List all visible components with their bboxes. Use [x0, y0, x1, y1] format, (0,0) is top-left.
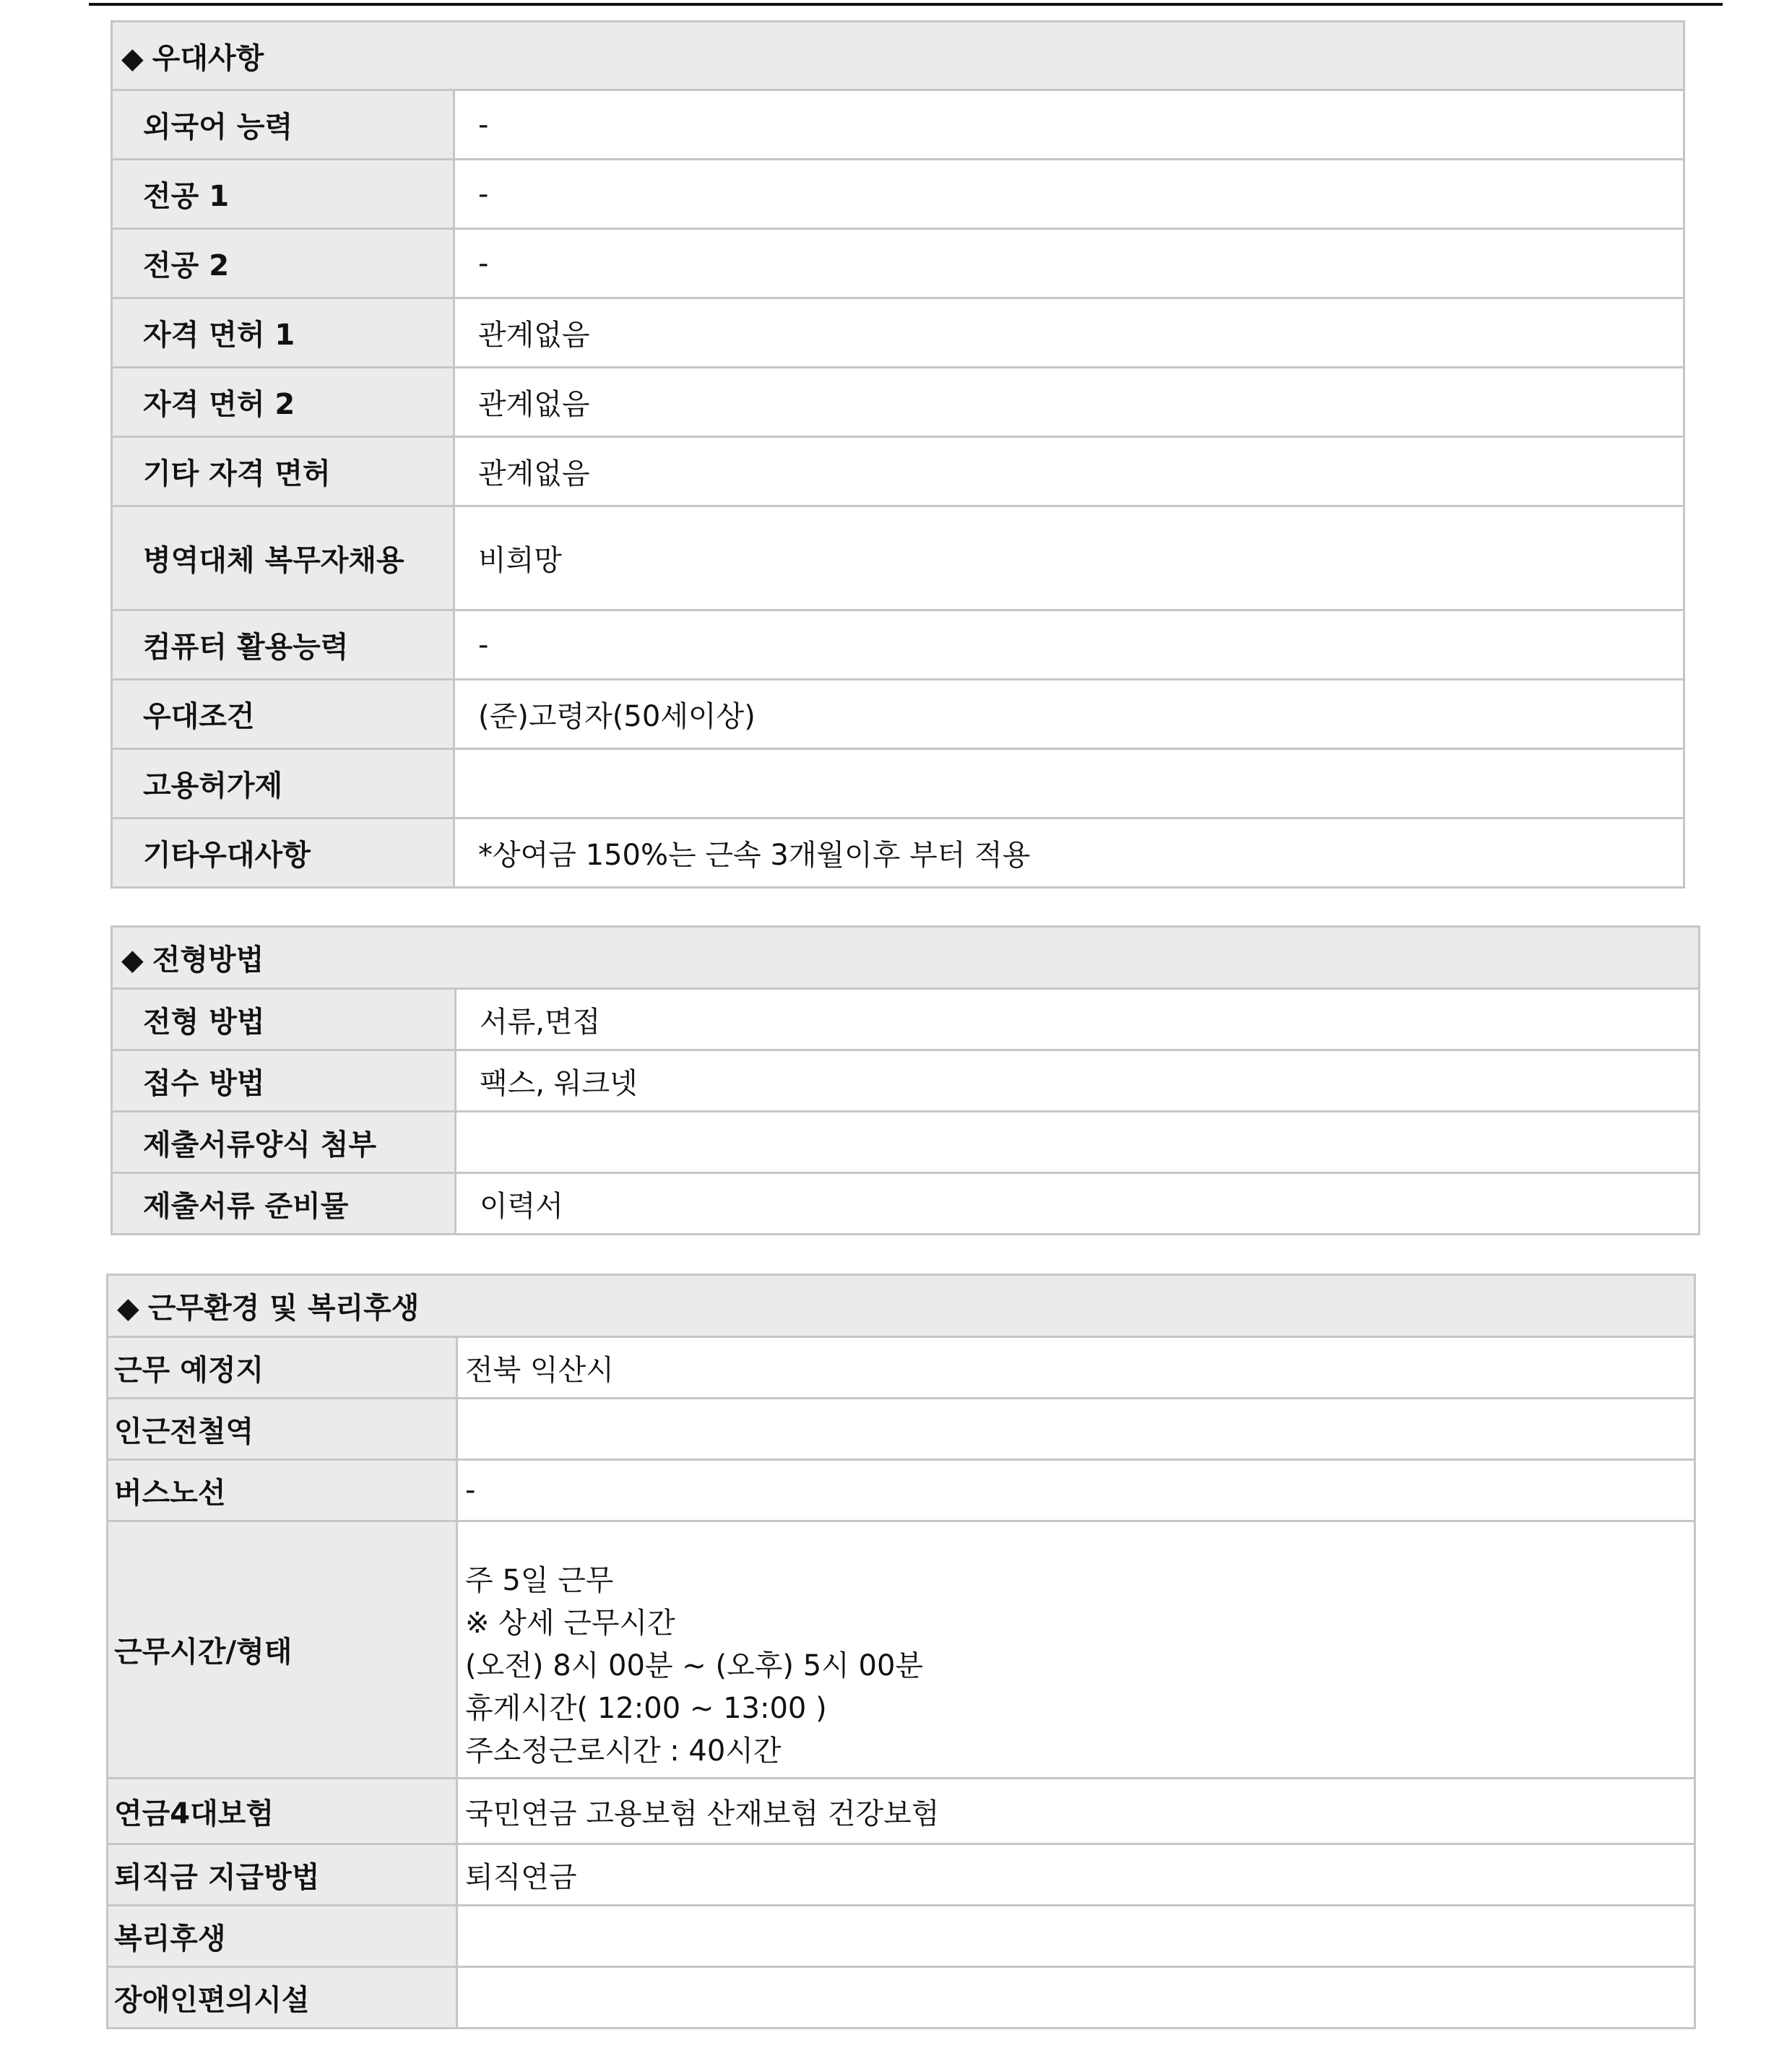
- row-value: 서류,면접: [456, 989, 1700, 1050]
- selection-method-table: ◆전형방법 전형 방법서류,면접 접수 방법팩스, 워크넷 제출서류양식 첨부 …: [111, 925, 1700, 1235]
- row-label: 장애인편의시설: [108, 1967, 457, 2028]
- row-label: 인근전철역: [108, 1399, 457, 1460]
- row-label: 근무 예정지: [108, 1337, 457, 1399]
- row-value-work-hours: 주 5일 근무 ※ 상세 근무시간 (오전) 8시 00분 ~ (오후) 5시 …: [457, 1521, 1695, 1779]
- diamond-icon: ◆: [117, 1292, 139, 1325]
- row-value: -: [457, 1460, 1695, 1521]
- row-value: (준)고령자(50세이상): [454, 680, 1684, 749]
- work-hours-line: 휴게시간( 12:00 ~ 13:00 ): [465, 1688, 1694, 1730]
- row-value: -: [454, 160, 1684, 229]
- row-label: 근무시간/형태: [108, 1521, 457, 1779]
- work-hours-line: ※ 상세 근무시간: [465, 1602, 1694, 1645]
- row-value: [454, 749, 1684, 818]
- row-label: 우대조건: [112, 680, 454, 749]
- row-label: 연금4대보험: [108, 1779, 457, 1844]
- row-value: [457, 1967, 1695, 2028]
- row-label: 외국어 능력: [112, 90, 454, 160]
- row-value: 팩스, 워크넷: [456, 1050, 1700, 1112]
- row-value: 국민연금 고용보험 산재보험 건강보험: [457, 1779, 1695, 1844]
- row-value: [456, 1112, 1700, 1173]
- section-header: ◆우대사항: [112, 22, 1684, 90]
- row-value: -: [454, 229, 1684, 298]
- row-value: 관계없음: [454, 298, 1684, 368]
- row-label: 자격 면허 2: [112, 368, 454, 437]
- top-rule: [89, 3, 1723, 6]
- diamond-icon: ◆: [121, 943, 144, 977]
- row-value: [457, 1906, 1695, 1967]
- row-value: *상여금 150%는 근속 3개월이후 부터 적용: [454, 818, 1684, 888]
- work-hours-line: 주소정근로시간 : 40시간: [465, 1730, 1694, 1773]
- row-label: 고용허가제: [112, 749, 454, 818]
- row-label: 버스노선: [108, 1460, 457, 1521]
- section-header: ◆전형방법: [112, 927, 1700, 989]
- row-value: [457, 1399, 1695, 1460]
- diamond-icon: ◆: [121, 42, 144, 75]
- work-hours-line: (오전) 8시 00분 ~ (오후) 5시 00분: [465, 1645, 1694, 1688]
- work-environment-table: ◆근무환경 및 복리후생 근무 예정지전북 익산시 인근전철역 버스노선- 근무…: [106, 1274, 1696, 2029]
- section-title: 근무환경 및 복리후생: [148, 1292, 420, 1325]
- row-value: 관계없음: [454, 437, 1684, 506]
- preferences-table: ◆우대사항 외국어 능력- 전공 1- 전공 2- 자격 면허 1관계없음 자격…: [111, 20, 1685, 889]
- section-title: 전형방법: [152, 943, 264, 977]
- row-value: 관계없음: [454, 368, 1684, 437]
- row-value: 이력서: [456, 1173, 1700, 1235]
- row-label: 복리후생: [108, 1906, 457, 1967]
- section-header: ◆근무환경 및 복리후생: [108, 1275, 1695, 1337]
- row-label: 퇴직금 지급방법: [108, 1844, 457, 1906]
- row-value: -: [454, 610, 1684, 680]
- row-value: 비희망: [454, 506, 1684, 610]
- row-value: 전북 익산시: [457, 1337, 1695, 1399]
- row-label: 제출서류양식 첨부: [112, 1112, 456, 1173]
- row-label: 자격 면허 1: [112, 298, 454, 368]
- work-hours-line: 주 5일 근무: [465, 1560, 1694, 1602]
- row-label: 전공 2: [112, 229, 454, 298]
- row-label: 기타우대사항: [112, 818, 454, 888]
- row-value: 퇴직연금: [457, 1844, 1695, 1906]
- section-title: 우대사항: [152, 42, 264, 75]
- row-value: -: [454, 90, 1684, 160]
- row-label: 컴퓨터 활용능력: [112, 610, 454, 680]
- row-label: 병역대체 복무자채용: [112, 506, 454, 610]
- row-label: 기타 자격 면허: [112, 437, 454, 506]
- row-label: 제출서류 준비물: [112, 1173, 456, 1235]
- row-label: 전형 방법: [112, 989, 456, 1050]
- row-label: 접수 방법: [112, 1050, 456, 1112]
- row-label: 전공 1: [112, 160, 454, 229]
